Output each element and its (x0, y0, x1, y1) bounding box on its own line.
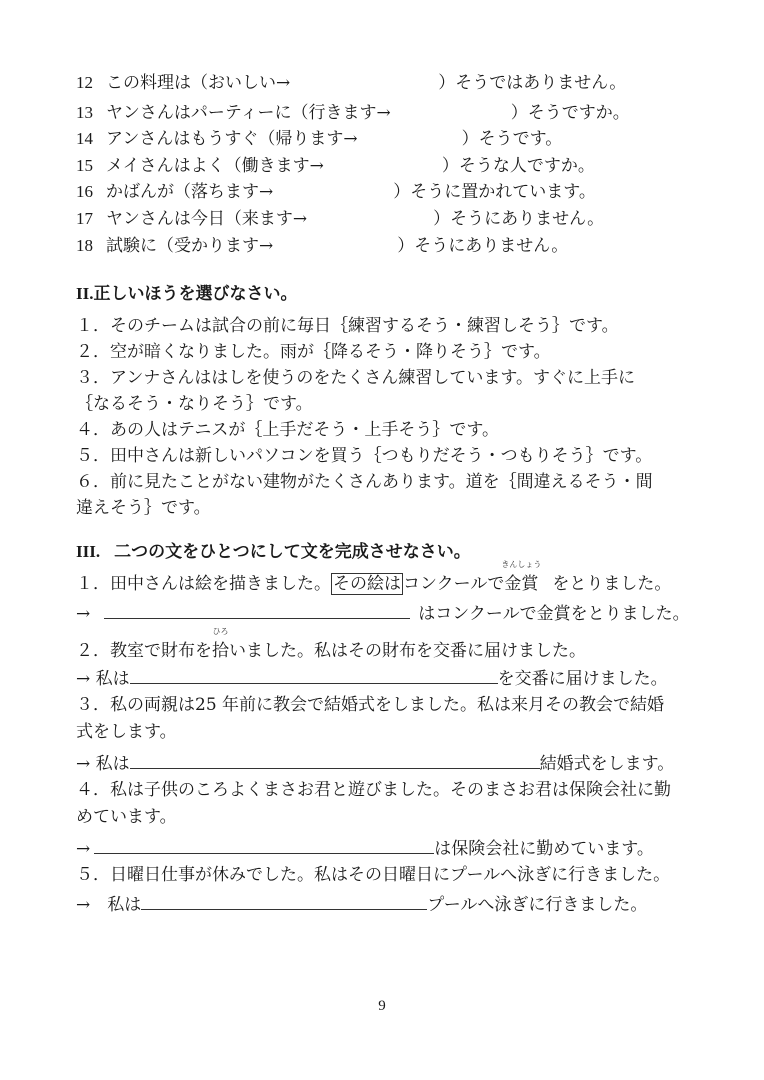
answer-blank[interactable] (94, 837, 434, 854)
answer-blank[interactable] (104, 602, 410, 619)
list-item: ６．前に見たことがない建物がたくさんあります。道を｛間違えるそう・間 (76, 471, 653, 493)
list-item: 18試験に（受かります→）そうにありません。 (76, 235, 568, 257)
ruby-annotation: きんしょう金賞 (504, 573, 538, 595)
page-number: 9 (0, 998, 764, 1015)
list-item: ２．空が暗くなりました。雨が｛降るそう・降りそう｝です。 (76, 341, 551, 363)
question-5: ５．日曜日仕事が休みでした。私はその日曜日にプールへ泳ぎに行きました。 (76, 864, 670, 886)
list-item: ３．アンナさんははしを使うのをたくさん練習しています。すぐに上手に (76, 367, 635, 389)
question-3-continuation: 式をします。 (76, 721, 177, 743)
answer-line-3: → 私は結婚式をします。 (76, 752, 674, 775)
question-4-continuation: めています。 (76, 806, 177, 828)
answer-blank[interactable] (130, 752, 540, 769)
answer-line-1: →はコンクールで金賞をとりました。 (76, 602, 690, 625)
list-item: 16かばんが（落ちます→）そうに置かれています。 (76, 181, 596, 203)
list-item: 15メイさんはよく（働きます→）そうな人ですか。 (76, 155, 595, 177)
question-4: ４．私は子供のころよくまさお君と遊びました。そのまさお君は保険会社に勤 (76, 779, 671, 801)
list-item: 13ヤンさんはパーティーに（行きます→）そうですか。 (76, 102, 630, 124)
list-item: 12この料理は（おいしい→）そうではありません。 (76, 72, 626, 94)
list-item: ５．田中さんは新しいパソコンを買う｛つもりだそう・つもりそう｝です。 (76, 445, 652, 467)
section-3-heading: III.二つの文をひとつにして文を完成させなさい。 (76, 541, 471, 563)
answer-line-5: → 私はプールへ泳ぎに行きました。 (76, 893, 647, 916)
list-item: ４．あの人はテニスが｛上手だそう・上手そう｝です。 (76, 419, 499, 441)
answer-blank[interactable] (141, 893, 427, 910)
question-2: ２．教室で財布をひろ拾いました。私はその財布を交番に届けました。 (76, 640, 586, 662)
ruby-annotation: ひろ拾 (212, 640, 229, 662)
list-item: １．そのチームは試合の前に毎日｛練習するそう・練習しそう｝です。 (76, 315, 619, 337)
question-3: ３．私の両親は25 年前に教会で結婚式をしました。私は来月その教会で結婚 (76, 694, 664, 716)
section-2-heading: II.正しいほうを選びなさい。 (76, 283, 297, 305)
list-item: 14アンさんはもうすぐ（帰ります→）そうです。 (76, 128, 562, 150)
list-item-continuation: 違えそう｝です。 (76, 497, 211, 519)
answer-blank[interactable] (130, 667, 498, 684)
highlight-box: その絵は (331, 573, 403, 595)
list-item-continuation: ｛なるそう・なりそう｝です。 (76, 393, 313, 415)
question-1: １．田中さんは絵を描きました。その絵はコンクールできんしょう金賞をとりました。 (76, 573, 671, 595)
answer-line-4: →は保険会社に勤めています。 (76, 837, 654, 860)
list-item: 17ヤンさんは今日（来ます→）そうにありません。 (76, 208, 604, 230)
answer-line-2: → 私はを交番に届けました。 (76, 667, 668, 690)
